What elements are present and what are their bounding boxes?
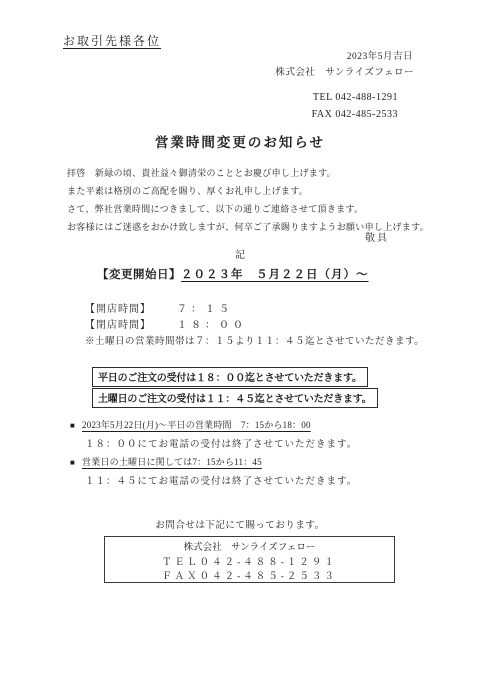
greeting-paragraph: 拝啓 新緑の頃、貴社益々御清栄のこととお慶び申し上げます。 また平素は格別のご高… (67, 164, 429, 236)
saturday-order-notice-box: 土曜日のご注文の受付は１１：４５迄とさせていただきます。 (92, 388, 378, 408)
greeting-line: 拝啓 新緑の頃、貴社益々御清栄のこととお慶び申し上げます。 (67, 164, 429, 182)
business-notice-document: お取引先様各位 2023年5月吉日 株式会社 サンライズフェロー TEL 042… (0, 0, 480, 679)
contact-fax: ＦＡＸ０４２-４８５-２５３３ (105, 570, 394, 585)
change-start-date: ２０２３年 ５月２２日（月）～ (181, 269, 369, 281)
order-notice-boxes: 平日のご注文の受付は１８：００迄とさせていただきます。 土曜日のご注文の受付は１… (92, 367, 378, 409)
header-fax: FAX 042-485-2533 (312, 109, 398, 120)
document-title: 営業時間変更のお知らせ (0, 131, 480, 151)
square-bullet-icon: ■ (70, 458, 75, 467)
contact-company: 株式会社 サンライズフェロー (105, 541, 394, 556)
detail-heading-text: 営業日の土曜日に関しては7：15から11：45 (82, 457, 262, 467)
greeting-line: さて、弊社営業時間につきまして、以下の通りご連絡させて頂きます。 (67, 200, 429, 218)
recipient: お取引先様各位 (63, 32, 161, 49)
detail-heading-text: 2023年5月22日(月)～平日の営業時間 7：15から18：00 (82, 420, 311, 430)
closing-keigu: 敬具 (365, 229, 389, 244)
open-time-row: 【開店時間】７：１５ (85, 300, 233, 315)
detail-list: ■2023年5月22日(月)～平日の営業時間 7：15から18：00 １８：００… (70, 418, 357, 492)
saturday-hours-note: ※土曜日の営業時間帯は７：１５より１１：４５迄とさせていただきます。 (85, 333, 424, 347)
square-bullet-icon: ■ (70, 421, 75, 430)
detail-item-heading: ■営業日の土曜日に関しては7：15から11：45 (70, 455, 357, 468)
open-time-value: ７：１５ (177, 304, 233, 315)
contact-box: 株式会社 サンライズフェロー ＴＥＬ０４２-４８８-１２９１ ＦＡＸ０４２-４８… (104, 536, 395, 583)
greeting-line: また平素は格別のご高配を賜り、厚くお礼申し上げます。 (67, 182, 429, 200)
sender-company: 株式会社 サンライズフェロー (275, 64, 414, 78)
change-start-label: 【変更開始日】 (97, 269, 181, 281)
open-time-label: 【開店時間】 (85, 300, 177, 315)
close-time-value: １８：００ (177, 320, 247, 331)
header-tel: TEL 042-488-1291 (313, 92, 398, 103)
detail-item-body: １１：４５にてお電話の受付は終了させていただきます。 (70, 473, 357, 487)
weekday-order-notice-box: 平日のご注文の受付は１８：００迄とさせていただきます。 (92, 367, 368, 387)
record-mark: 記 (0, 246, 480, 261)
contact-tel: ＴＥＬ０４２-４８８-１２９１ (105, 556, 394, 571)
close-time-label: 【閉店時間】 (85, 316, 177, 331)
inquiry-note: お問合せは下記にて賜っております。 (0, 517, 480, 531)
change-start-line: 【変更開始日】２０２３年 ５月２２日（月）～ (97, 266, 369, 282)
detail-item-heading: ■2023年5月22日(月)～平日の営業時間 7：15から18：00 (70, 418, 357, 431)
issue-date: 2023年5月吉日 (347, 48, 413, 62)
close-time-row: 【閉店時間】１８：００ (85, 316, 247, 331)
detail-item-body: １８：００にてお電話の受付は終了させていただきます。 (70, 436, 357, 450)
